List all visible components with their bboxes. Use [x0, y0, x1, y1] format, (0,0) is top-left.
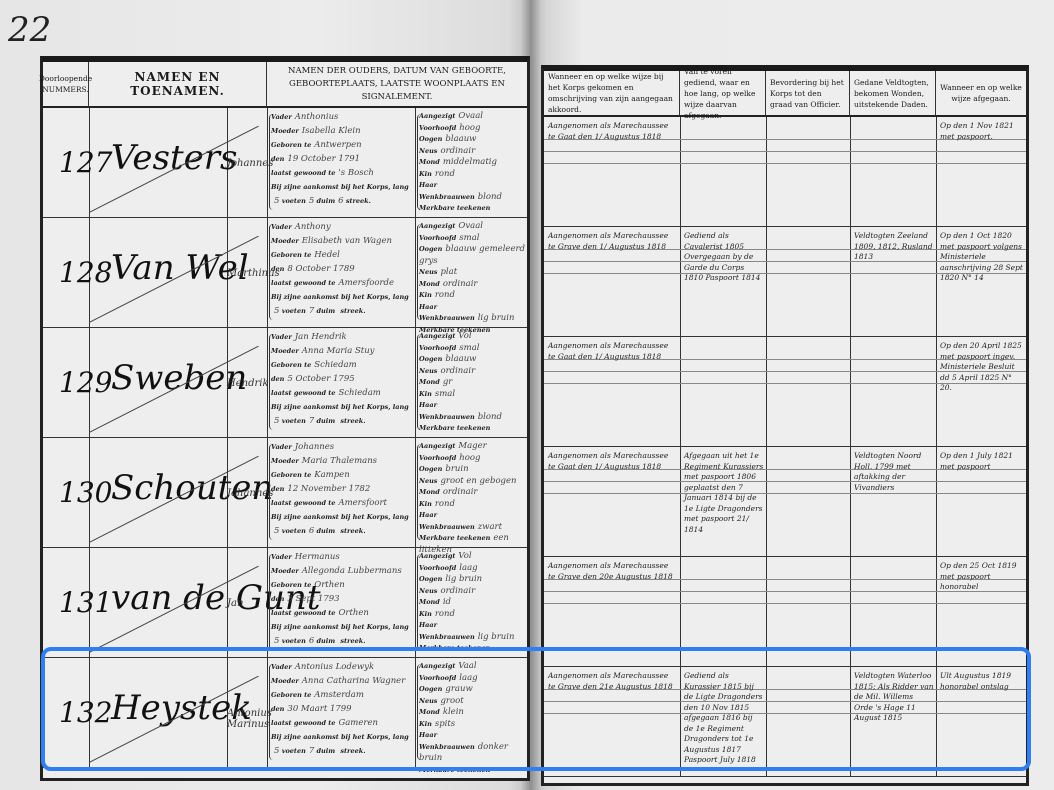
header-names: NAMEN EN TOENAMEN. — [89, 62, 267, 108]
column-rule — [850, 447, 851, 556]
geboren-line: Geboren teKampen — [271, 468, 413, 482]
parents-block: VaderHermanusMoederAllegonda LubbermansG… — [271, 550, 413, 648]
field-value: Allegonda Lubbermans — [302, 566, 402, 576]
field-label: Aangezigt — [419, 222, 455, 230]
duim-label: duim — [317, 527, 336, 535]
field-label: Oogen — [419, 685, 442, 693]
cell-served: Afgegaan uit het 1e Regiment Kurassiers … — [684, 451, 764, 535]
brace — [269, 224, 274, 320]
field-label: Aangezigt — [419, 552, 455, 560]
field-value: id — [443, 597, 451, 607]
neus-line: Neusgroot — [419, 696, 525, 708]
column-rule — [766, 227, 767, 336]
field-value: Hedel — [314, 250, 340, 260]
field-value: blaauw — [445, 134, 476, 144]
field-label: laatst gewoond te — [271, 719, 335, 727]
streek-label: streek. — [340, 307, 365, 315]
aankomst-line: Bij zijne aankomst bij het Korps, lang — [271, 180, 413, 194]
aankomst-line: Bij zijne aankomst bij het Korps, lang — [271, 730, 413, 744]
field-label: Geboren te — [271, 361, 311, 369]
duim-label: duim — [317, 417, 336, 425]
field-label: Oogen — [419, 135, 442, 143]
field-value: Orthen — [314, 580, 344, 590]
voeten-value: 5 — [274, 306, 279, 316]
oogen-line: Oogengrauw — [419, 684, 525, 696]
brace — [417, 664, 422, 760]
field-value: smal — [459, 233, 479, 243]
oogen-line: Oogenblaauw — [419, 354, 525, 366]
column-rule — [850, 667, 851, 776]
streek-label: streek. — [340, 637, 365, 645]
field-value: grauw — [445, 684, 472, 694]
neus-line: Neusordinair — [419, 586, 525, 598]
voeten-value: 5 — [274, 636, 279, 646]
field-value: rond — [435, 609, 455, 619]
field-value: Antwerpen — [314, 140, 361, 150]
ruled-line — [544, 493, 1026, 494]
neus-line: Neusordinair — [419, 146, 525, 158]
field-label: Aangezigt — [419, 332, 455, 340]
header-served: Van te voren gediend, waar en hoe lang, … — [680, 71, 766, 117]
kin-line: Kinrond — [419, 499, 525, 511]
column-rule — [936, 337, 937, 446]
entry-number: 129 — [59, 366, 112, 399]
field-label: Wenkbraauwen — [419, 743, 475, 751]
height-line: 5 voeten7 duim streek. — [271, 414, 413, 428]
field-label: Vader — [271, 223, 292, 231]
field-value: ordinair — [443, 487, 478, 497]
field-label: Wenkbraauwen — [419, 413, 475, 421]
column-rule — [415, 218, 416, 327]
field-label: Merkbare teekenen — [419, 204, 490, 212]
register-row: 131van de GuntJanVaderHermanusMoederAlle… — [43, 548, 527, 658]
height-line: 5 voeten5 duim6 streek. — [271, 194, 413, 208]
signalement-block: AangezigtOvaalVoorhoofdsmalOogenblaauw g… — [419, 221, 525, 336]
datum-line: den30 Maart 1799 — [271, 702, 413, 716]
streek-label: streek. — [340, 527, 365, 535]
kin-line: Kinsmal — [419, 389, 525, 401]
entry-number: 131 — [59, 586, 112, 619]
field-value: rond — [435, 499, 455, 509]
register-row: 130SchoutenJohannesVaderJohannesMoederMa… — [43, 438, 527, 548]
signalement-block: AangezigtVolVoorhoofdsmalOogenblaauwNeus… — [419, 331, 525, 435]
voeten-value: 5 — [274, 746, 279, 756]
field-value: klein — [443, 707, 464, 717]
voeten-label: voeten — [282, 637, 306, 645]
field-value: ordinair — [440, 146, 475, 156]
merkbare-line: Merkbare teekenen — [419, 203, 525, 215]
field-value: Jan Hendrik — [295, 332, 347, 342]
wenkbraauwen-line: Wenkbraauwenlig bruin — [419, 632, 525, 644]
parents-block: VaderAnthoniusMoederIsabella KleinGebore… — [271, 110, 413, 208]
field-value: 30 Maart 1799 — [287, 704, 351, 714]
oogen-line: Oogenlig bruin — [419, 574, 525, 586]
parents-block: VaderAnthonyMoederElisabeth van WagenGeb… — [271, 220, 413, 318]
mond-line: Mondklein — [419, 707, 525, 719]
field-label: Aangezigt — [419, 442, 455, 450]
mond-line: Mondgr — [419, 377, 525, 389]
field-label: laatst gewoond te — [271, 279, 335, 287]
field-value: Isabella Klein — [302, 126, 361, 136]
column-rule — [936, 557, 937, 666]
wenkbraauwen-line: Wenkbraauwenlig bruin — [419, 313, 525, 325]
field-value: Ovaal — [458, 221, 483, 231]
datum-line: den8 October 1789 — [271, 262, 413, 276]
field-label: Geboren te — [271, 141, 311, 149]
field-label: Moeder — [271, 457, 299, 465]
entry-given-name: Antonius Marinus — [227, 708, 267, 730]
moeder-line: MoederElisabeth van Wagen — [271, 234, 413, 248]
laatst-line: laatst gewoond teOrthen — [271, 606, 413, 620]
mond-line: Mondordinair — [419, 279, 525, 291]
column-rule — [850, 337, 851, 446]
column-rule — [850, 117, 851, 226]
field-label: Moeder — [271, 347, 299, 355]
field-label: Bij zijne aankomst bij het Korps, lang — [271, 623, 409, 631]
field-value: Elisabeth van Wagen — [302, 236, 392, 246]
field-value: Antonius Lodewyk — [295, 662, 374, 672]
field-value: 8 October 1789 — [287, 264, 354, 274]
aankomst-line: Bij zijne aankomst bij het Korps, lang — [271, 620, 413, 634]
field-label: laatst gewoond te — [271, 499, 335, 507]
field-value: smal — [435, 389, 455, 399]
duim-label: duim — [317, 637, 336, 645]
aangezigt-line: AangezigtOvaal — [419, 111, 525, 123]
mond-line: Mondordinair — [419, 487, 525, 499]
field-label: Bij zijne aankomst bij het Korps, lang — [271, 293, 409, 301]
ruled-line — [544, 481, 1026, 482]
entry-number: 127 — [59, 146, 112, 179]
moeder-line: MoederIsabella Klein — [271, 124, 413, 138]
field-value: groot — [440, 696, 463, 706]
streek-label: streek. — [340, 417, 365, 425]
duim-value: 7 — [309, 746, 314, 756]
brace — [269, 444, 274, 540]
field-label: Voorhoofd — [419, 234, 456, 242]
cell-served: Gediend als Kurassier 1815 bij de Ligte … — [684, 671, 764, 766]
voeten-value: 5 — [274, 196, 279, 206]
field-value: hoog — [459, 453, 480, 463]
brace — [417, 554, 422, 650]
signalement-block: AangezigtMagerVoorhoofdhoogOogenbruinNeu… — [419, 441, 525, 556]
cell-departed: Op den 1 Oct 1820 met paspoort volgens M… — [940, 231, 1024, 284]
voeten-label: voeten — [282, 747, 306, 755]
voorhoofd-line: Voorhoofdsmal — [419, 233, 525, 245]
parents-block: VaderAntonius LodewykMoederAnna Catharin… — [271, 660, 413, 758]
cell-departed: Op den 25 Oct 1819 met paspoort honorabe… — [940, 561, 1024, 593]
column-rule — [680, 337, 681, 446]
field-value: ordinair — [440, 366, 475, 376]
vader-line: VaderAnthonius — [271, 110, 413, 124]
moeder-line: MoederMaria Thalemans — [271, 454, 413, 468]
duim-value: 7 — [309, 306, 314, 316]
field-label: Vader — [271, 443, 292, 451]
field-label: Wenkbraauwen — [419, 314, 475, 322]
moeder-line: MoederAllegonda Lubbermans — [271, 564, 413, 578]
field-label: Vader — [271, 663, 292, 671]
field-value: gr — [443, 377, 453, 387]
field-value: 3 Sept 1793 — [287, 594, 339, 604]
streek-label: streek. — [346, 197, 371, 205]
entry-given-name: Hendrik — [227, 378, 267, 389]
voorhoofd-line: Voorhoofdsmal — [419, 343, 525, 355]
datum-line: den12 November 1782 — [271, 482, 413, 496]
aankomst-line: Bij zijne aankomst bij het Korps, lang — [271, 510, 413, 524]
column-rule — [850, 227, 851, 336]
field-value: middelmatig — [443, 157, 497, 167]
duim-value: 7 — [309, 416, 314, 426]
geboren-line: Geboren teSchiedam — [271, 358, 413, 372]
scanned-register: 22 Doorloopende NUMMERS. NAMEN EN TOENAM… — [0, 0, 1054, 790]
datum-line: den5 October 1795 — [271, 372, 413, 386]
brace — [417, 224, 422, 320]
signalement-block: AangezigtOvaalVoorhoofdhoogOogenblaauwNe… — [419, 111, 525, 215]
merkbare-line: Merkbare teekenen — [419, 765, 525, 777]
field-label: Mond — [419, 488, 440, 496]
field-value: ordinair — [440, 586, 475, 596]
column-rule — [415, 548, 416, 657]
brace — [417, 334, 422, 430]
field-value: smal — [459, 343, 479, 353]
field-label: Wenkbraauwen — [419, 633, 475, 641]
field-value: 5 October 1795 — [287, 374, 354, 384]
field-value: Mager — [458, 441, 486, 451]
field-value: lig bruin — [445, 574, 482, 584]
column-rule — [936, 667, 937, 776]
field-value: Vol — [458, 551, 471, 561]
signalement-block: AangezigtVolVoorhoofdlaagOogenlig bruinN… — [419, 551, 525, 655]
vader-line: VaderAnthony — [271, 220, 413, 234]
field-label: Aangezigt — [419, 112, 455, 120]
field-value: laag — [459, 563, 477, 573]
field-label: Merkbare teekenen — [419, 534, 490, 542]
oogen-line: Oogenbruin — [419, 464, 525, 476]
entry-given-name: Marthinus — [227, 268, 267, 279]
entry-number: 130 — [59, 476, 112, 509]
neus-line: Neusgroot en gebogen — [419, 476, 525, 488]
aangezigt-line: AangezigtVol — [419, 551, 525, 563]
field-value: Anthonius — [295, 112, 339, 122]
column-rule — [766, 447, 767, 556]
field-value: 's Bosch — [338, 168, 373, 178]
brace — [269, 334, 274, 430]
header-parents: NAMEN DER OUDERS, DATUM VAN GEBOORTE, GE… — [267, 62, 527, 108]
duim-value: 6 — [309, 526, 314, 536]
voeten-label: voeten — [282, 417, 306, 425]
field-label: Mond — [419, 280, 440, 288]
field-label: Oogen — [419, 245, 442, 253]
column-rule — [936, 117, 937, 226]
column-rule — [936, 227, 937, 336]
geboren-line: Geboren teAmsterdam — [271, 688, 413, 702]
field-value: Anna Maria Stuy — [302, 346, 375, 356]
oogen-line: Oogenblaauw — [419, 134, 525, 146]
brace — [269, 554, 274, 650]
field-value: blond — [478, 192, 502, 202]
aankomst-line: Bij zijne aankomst bij het Korps, lang — [271, 290, 413, 304]
aangezigt-line: AangezigtVol — [419, 331, 525, 343]
cell-joined: Aangenomen als Marechaussee te Gaat den … — [548, 341, 678, 362]
register-row: 128Van WelMarthinusVaderAnthonyMoederEli… — [43, 218, 527, 328]
field-value: bruin — [445, 464, 468, 474]
duim-label: duim — [317, 197, 336, 205]
field-label: Mond — [419, 708, 440, 716]
laatst-line: laatst gewoond te's Bosch — [271, 166, 413, 180]
wenkbraauwen-line: Wenkbraauwenblond — [419, 192, 525, 204]
field-value: ordinair — [443, 279, 478, 289]
cell-joined: Aangenomen als Marechaussee te Grave den… — [548, 231, 678, 252]
field-label: Geboren te — [271, 581, 311, 589]
kin-line: Kinrond — [419, 169, 525, 181]
field-label: Moeder — [271, 567, 299, 575]
field-value: Ovaal — [458, 111, 483, 121]
geboren-line: Geboren teAntwerpen — [271, 138, 413, 152]
merkbare-line: Merkbare teekenen — [419, 643, 525, 655]
field-label: Geboren te — [271, 691, 311, 699]
vader-line: VaderAntonius Lodewyk — [271, 660, 413, 674]
parents-block: VaderJohannesMoederMaria ThalemansGebore… — [271, 440, 413, 538]
field-value: Amersfoorde — [338, 278, 394, 288]
page-number: 22 — [8, 10, 51, 50]
cell-served: Gediend als Cavalerist 1805 Overgegaan b… — [684, 231, 764, 284]
field-label: Merkbare teekenen — [419, 424, 490, 432]
kin-line: Kinrond — [419, 609, 525, 621]
field-label: Wenkbraauwen — [419, 193, 475, 201]
field-value: 19 October 1791 — [287, 154, 360, 164]
datum-line: den19 October 1791 — [271, 152, 413, 166]
column-rule — [415, 108, 416, 217]
cell-campaigns: Veldtogten Noord Holl. 1799 met aftakkin… — [854, 451, 934, 493]
brace — [269, 114, 274, 210]
streek-label: streek. — [340, 747, 365, 755]
field-value: groot en gebogen — [440, 476, 516, 486]
datum-line: den3 Sept 1793 — [271, 592, 413, 606]
column-rule — [415, 658, 416, 767]
field-label: Geboren te — [271, 471, 311, 479]
field-value: hoog — [459, 123, 480, 133]
laatst-line: laatst gewoond teAmersfoort — [271, 496, 413, 510]
column-rule — [680, 227, 681, 336]
field-label: Voorhoofd — [419, 124, 456, 132]
field-label: Oogen — [419, 465, 442, 473]
column-rule — [766, 557, 767, 666]
aangezigt-line: AangezigtMager — [419, 441, 525, 453]
column-rule — [766, 667, 767, 776]
column-rule — [680, 667, 681, 776]
register-row: Aangenomen als Marechaussee te Gaat den … — [544, 337, 1026, 447]
field-value: lig bruin — [478, 632, 515, 642]
column-rule — [680, 557, 681, 666]
field-label: Moeder — [271, 127, 299, 135]
field-value: blond — [478, 412, 502, 422]
neus-line: Neusplat — [419, 267, 525, 279]
header-number: Doorloopende NUMMERS. — [43, 62, 89, 108]
cell-joined: Aangenomen als Marechaussee te Grave den… — [548, 671, 678, 692]
ruled-line — [544, 701, 1026, 702]
field-label: Voorhoofd — [419, 454, 456, 462]
register-row: 132HeystekAntonius MarinusVaderAntonius … — [43, 658, 527, 768]
field-value: rond — [435, 290, 455, 300]
oogen-line: Oogenblaauw gemeleerd grys — [419, 244, 525, 267]
field-label: Voorhoofd — [419, 674, 456, 682]
height-line: 5 voeten7 duim streek. — [271, 744, 413, 758]
field-value: zwart — [478, 522, 502, 532]
header-joined: Wanneer en op welke wijze bij het Korps … — [544, 71, 680, 117]
column-rule — [850, 557, 851, 666]
field-value: blaauw — [445, 354, 476, 364]
voeten-label: voeten — [282, 307, 306, 315]
field-label: Vader — [271, 113, 292, 121]
cell-departed: Op den 1 Nov 1821 met paspoort. — [940, 121, 1024, 142]
duim-value: 5 — [309, 196, 314, 206]
field-label: Vader — [271, 333, 292, 341]
cell-departed: Op den 20 April 1825 met paspoort ingev.… — [940, 341, 1024, 394]
field-value: Hermanus — [295, 552, 340, 562]
register-row: Aangenomen als Marechaussee te Gaat den … — [544, 117, 1026, 227]
height-line: 5 voeten7 duim streek. — [271, 304, 413, 318]
field-label: Aangezigt — [419, 662, 455, 670]
register-row: Aangenomen als Marechaussee te Grave den… — [544, 227, 1026, 337]
entry-number: 132 — [59, 696, 112, 729]
right-register-table: Wanneer en op welke wijze bij het Korps … — [541, 65, 1029, 786]
header-departed: Wanneer en op welke wijze afgegaan. — [936, 71, 1026, 117]
aangezigt-line: AangezigtVaal — [419, 661, 525, 673]
field-label: Moeder — [271, 237, 299, 245]
ruled-line — [544, 713, 1026, 714]
field-label: Merkbare teekenen — [419, 644, 490, 652]
register-row: Aangenomen als Marechaussee te Grave den… — [544, 667, 1026, 777]
kin-line: Kinrond — [419, 290, 525, 302]
wenkbraauwen-line: Wenkbraauwenblond — [419, 412, 525, 424]
ruled-line — [544, 163, 1026, 164]
field-value: lig bruin — [478, 313, 515, 323]
field-value: Johannes — [295, 442, 334, 452]
register-row: 127VestersJohannesVaderAnthoniusMoederIs… — [43, 108, 527, 218]
column-rule — [415, 328, 416, 437]
field-value: spits — [435, 719, 455, 729]
column-rule — [766, 117, 767, 226]
field-label: Mond — [419, 158, 440, 166]
field-value: 12 November 1782 — [287, 484, 370, 494]
field-value: Anna Catharina Wagner — [302, 676, 406, 686]
field-label: laatst gewoond te — [271, 609, 335, 617]
field-value: Vaal — [458, 661, 476, 671]
haar-line: Haar — [419, 510, 525, 522]
entry-given-name: Johannes — [227, 488, 267, 499]
register-row: Aangenomen als Marechaussee te Grave den… — [544, 557, 1026, 667]
field-label: Merkbare teekenen — [419, 766, 490, 774]
moeder-line: MoederAnna Maria Stuy — [271, 344, 413, 358]
field-label: Bij zijne aankomst bij het Korps, lang — [271, 403, 409, 411]
cell-departed: Op den 1 July 1821 met paspoort — [940, 451, 1024, 472]
field-label: Voorhoofd — [419, 344, 456, 352]
duim-value: 6 — [309, 636, 314, 646]
field-label: Mond — [419, 598, 440, 606]
field-value: Maria Thalemans — [302, 456, 377, 466]
header-campaigns: Gedane Veldtogten, bekomen Wonden, uitst… — [850, 71, 936, 117]
geboren-line: Geboren teOrthen — [271, 578, 413, 592]
mond-line: Mondid — [419, 597, 525, 609]
voorhoofd-line: Voorhoofdlaag — [419, 563, 525, 575]
entry-given-name: Jan — [227, 598, 267, 609]
laatst-line: laatst gewoond teGameren — [271, 716, 413, 730]
vader-line: VaderJohannes — [271, 440, 413, 454]
entry-given-name: Johannes — [227, 158, 267, 169]
field-label: Vader — [271, 553, 292, 561]
cell-departed: Ult Augustus 1819 honorabel ontslag — [940, 671, 1024, 692]
voorhoofd-line: Voorhoofdlaag — [419, 673, 525, 685]
field-value: Vol — [458, 331, 471, 341]
